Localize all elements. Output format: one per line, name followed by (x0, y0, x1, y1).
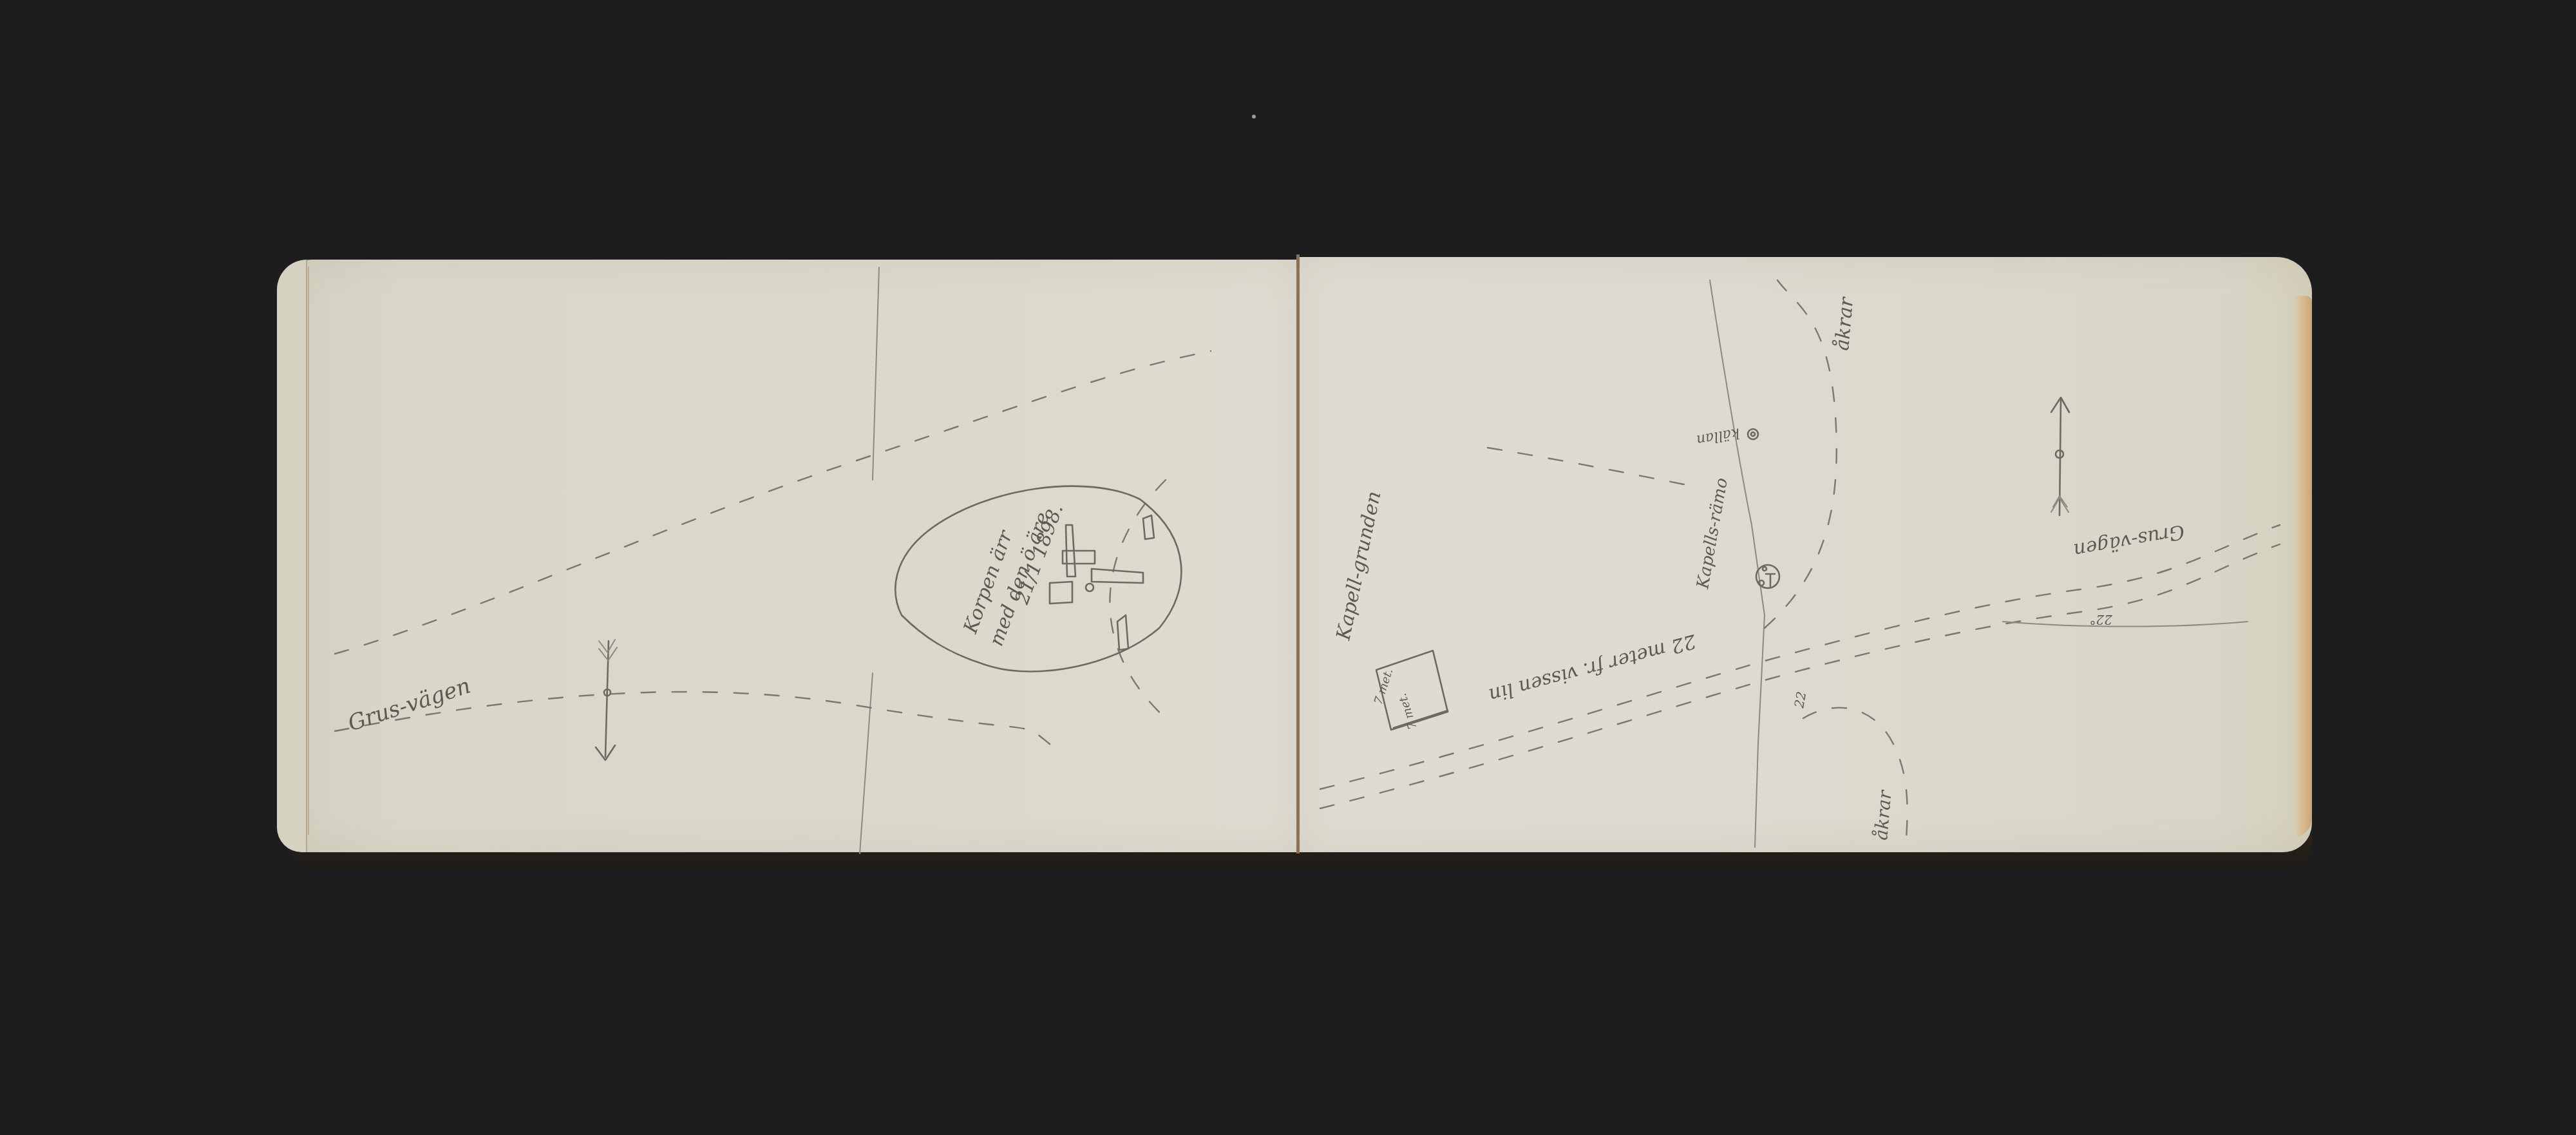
road-label-right: Grus-vägen (2072, 520, 2186, 562)
cross-road-line-lower (1755, 615, 1765, 847)
chapel-foundation-label: Kapell-grunden (1332, 489, 1385, 642)
cross-road-line (1710, 280, 1765, 615)
pencil-sketches: Korpen ärr med den ö äre 21/1 1898. Grus… (277, 254, 2312, 866)
north-arrow-right-icon (2051, 397, 2069, 515)
road-dashed-upper (335, 351, 1211, 654)
open-sketchbook: Korpen ärr med den ö äre 21/1 1898. Grus… (277, 254, 2312, 866)
background-speck (1252, 115, 1256, 119)
field-boundary-upper (1765, 280, 1837, 628)
field-label-bottom: åkrar (1870, 788, 1896, 841)
north-arrow-left-icon (596, 640, 617, 760)
main-road-dashed (1320, 525, 2280, 789)
well-icon (1748, 429, 1758, 439)
well-label: källan (1695, 424, 1741, 448)
faint-guide-line (860, 267, 879, 854)
degree-label: 22° (2090, 612, 2113, 627)
road-label-center: Kapells-rämo (1693, 477, 1732, 591)
field-label-top: åkrar (1831, 296, 1858, 352)
path-dashed-to-well (1488, 448, 1694, 486)
road-label-left: Grus-vägen (345, 672, 473, 736)
faint-line-right (2003, 622, 2248, 627)
number-label: 22 (1791, 691, 1809, 710)
distance-note: 22 meter fr. vissen lin (1486, 629, 1699, 707)
building-dim-side: 7 met. (1372, 667, 1396, 707)
main-road-dashed-2 (1320, 544, 2280, 808)
building-dim-bottom: 7 met. (1396, 691, 1420, 731)
